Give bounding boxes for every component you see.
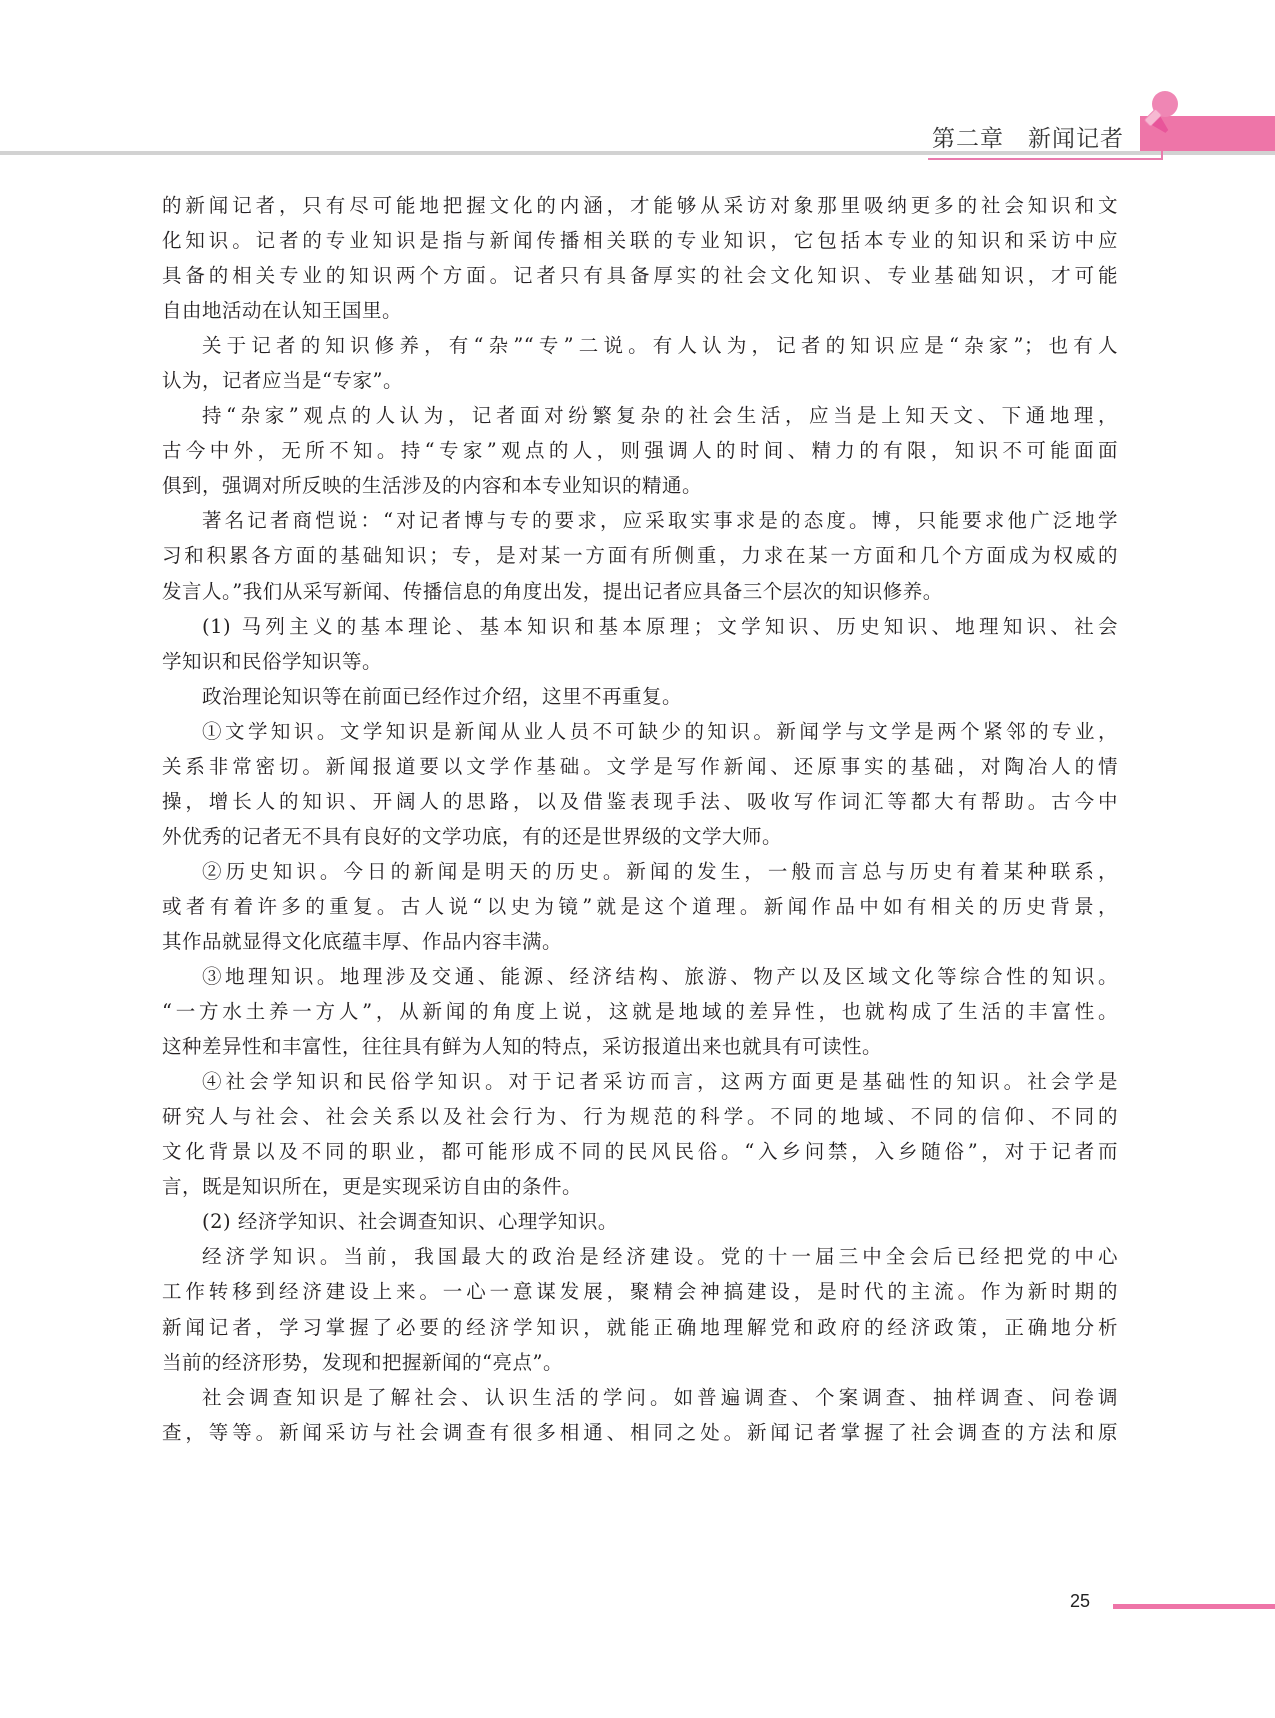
text-line: 俱到，强调对所反映的生活涉及的内容和本专业知识的精通。	[162, 468, 1118, 503]
text-line: 新闻记者，学习掌握了必要的经济学知识，就能正确地理解党和政府的经济政策，正确地分…	[162, 1310, 1118, 1345]
text-line: 当前的经济形势，发现和把握新闻的“亮点”。	[162, 1345, 1118, 1380]
text-line: 其作品就显得文化底蕴丰厚、作品内容丰满。	[162, 924, 1118, 959]
microphone-icon	[1128, 88, 1184, 148]
text-line: 认为，记者应当是“专家”。	[162, 363, 1118, 398]
text-line: 查，等等。新闻采访与社会调查有很多相通、相同之处。新闻记者掌握了社会调查的方法和…	[162, 1415, 1118, 1450]
text-line: 习和积累各方面的基础知识；专，是对某一方面有所侧重，力求在某一方面和几个方面成为…	[162, 538, 1118, 573]
footer-accent-bar	[1113, 1604, 1275, 1609]
text-line: 政治理论知识等在前面已经作过介绍，这里不再重复。	[162, 679, 1118, 714]
page-number: 25	[1070, 1591, 1090, 1612]
text-line: 文化背景以及不同的职业，都可能形成不同的民风民俗。“入乡问禁，入乡随俗”，对于记…	[162, 1134, 1118, 1169]
text-line: 化知识。记者的专业知识是指与新闻传播相关联的专业知识，它包括本专业的知识和采访中…	[162, 223, 1118, 258]
text-line: (2) 经济学知识、社会调查知识、心理学知识。	[162, 1204, 1118, 1239]
text-line: 操，增长人的知识、开阔人的思路，以及借鉴表现手法、吸收写作词汇等都大有帮助。古今…	[162, 784, 1118, 819]
text-line: ④社会学知识和民俗学知识。对于记者采访而言，这两方面更是基础性的知识。社会学是	[162, 1064, 1118, 1099]
text-line: 学知识和民俗学知识等。	[162, 644, 1118, 679]
text-line: 的新闻记者，只有尽可能地把握文化的内涵，才能够从采访对象那里吸纳更多的社会知识和…	[162, 188, 1118, 223]
text-line: 经济学知识。当前，我国最大的政治是经济建设。党的十一届三中全会后已经把党的中心	[162, 1239, 1118, 1274]
text-line: 关系非常密切。新闻报道要以文学作基础。文学是写作新闻、还原事实的基础，对陶冶人的…	[162, 749, 1118, 784]
text-line: (1) 马列主义的基本理论、基本知识和基本原理；文学知识、历史知识、地理知识、社…	[162, 609, 1118, 644]
text-line: ②历史知识。今日的新闻是明天的历史。新闻的发生，一般而言总与历史有着某种联系，	[162, 854, 1118, 889]
text-line: 具备的相关专业的知识两个方面。记者只有具备厚实的社会文化知识、专业基础知识，才可…	[162, 258, 1118, 293]
chapter-title: 第二章 新闻记者	[932, 120, 1124, 153]
text-line: 研究人与社会、社会关系以及社会行为、行为规范的科学。不同的地域、不同的信仰、不同…	[162, 1099, 1118, 1134]
text-line: 言，既是知识所在，更是实现采访自由的条件。	[162, 1169, 1118, 1204]
text-line: 自由地活动在认知王国里。	[162, 293, 1118, 328]
text-line: 发言人。”我们从采写新闻、传播信息的角度出发，提出记者应具备三个层次的知识修养。	[162, 574, 1118, 609]
text-line: 工作转移到经济建设上来。一心一意谋发展，聚精会神搞建设，是时代的主流。作为新时期…	[162, 1274, 1118, 1309]
text-line: 或者有着许多的重复。古人说“以史为镜”就是这个道理。新闻作品中如有相关的历史背景…	[162, 889, 1118, 924]
text-line: 古今中外，无所不知。持“专家”观点的人，则强调人的时间、精力的有限，知识不可能面…	[162, 433, 1118, 468]
text-line: 持“杂家”观点的人认为，记者面对纷繁复杂的社会生活，应当是上知天文、下通地理，	[162, 398, 1118, 433]
text-line: 这种差异性和丰富性，往往具有鲜为人知的特点，采访报道出来也就具有可读性。	[162, 1029, 1118, 1064]
text-line: 社会调查知识是了解社会、认识生活的学问。如普遍调查、个案调查、抽样调查、问卷调	[162, 1380, 1118, 1415]
text-line: “一方水土养一方人”，从新闻的角度上说，这就是地域的差异性，也就构成了生活的丰富…	[162, 994, 1118, 1029]
text-line: 外优秀的记者无不具有良好的文学功底，有的还是世界级的文学大师。	[162, 819, 1118, 854]
text-line: 关于记者的知识修养，有“杂”“专”二说。有人认为，记者的知识应是“杂家”；也有人	[162, 328, 1118, 363]
header-accent-underline	[928, 158, 1163, 160]
text-line: ①文学知识。文学知识是新闻从业人员不可缺少的知识。新闻学与文学是两个紧邻的专业，	[162, 714, 1118, 749]
body-text: 的新闻记者，只有尽可能地把握文化的内涵，才能够从采访对象那里吸纳更多的社会知识和…	[162, 188, 1118, 1450]
text-line: 著名记者商恺说：“对记者博与专的要求，应采取实事求是的态度。博，只能要求他广泛地…	[162, 503, 1118, 538]
text-line: ③地理知识。地理涉及交通、能源、经济结构、旅游、物产以及区域文化等综合性的知识。	[162, 959, 1118, 994]
